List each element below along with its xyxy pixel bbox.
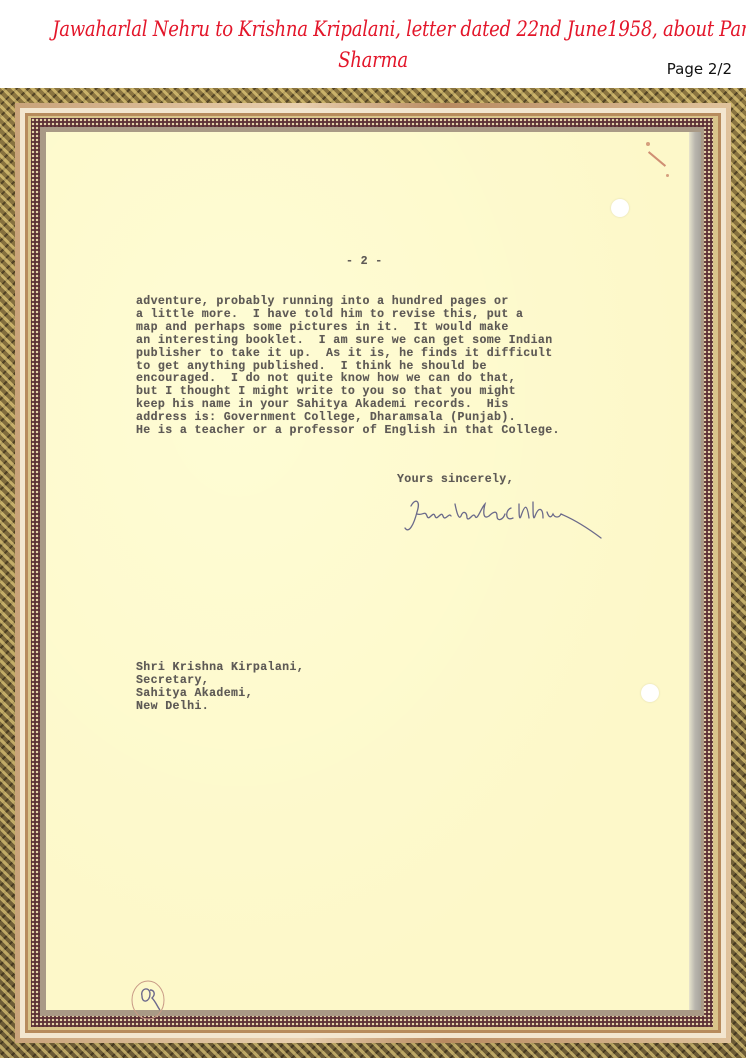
signature-handwritten <box>401 494 611 544</box>
letter-closing: Yours sincerely, <box>397 474 514 487</box>
body-line: to get anything published. I think he sh… <box>136 360 487 373</box>
page-header: Jawaharlal Nehru to Krishna Kripalani, l… <box>0 0 746 88</box>
paper-stain <box>646 142 650 146</box>
picture-frame: - 2 - adventure, probably running into a… <box>0 88 746 1058</box>
address-line: Secretary, <box>136 674 209 687</box>
body-line: He is a teacher or a professor of Englis… <box>136 424 560 437</box>
recipient-address: Shri Krishna Kirpalani, Secretary, Sahit… <box>136 662 304 714</box>
title-line-1: Jawaharlal Nehru to Krishna Kripalani, l… <box>52 14 694 45</box>
paper-stain <box>648 151 666 167</box>
body-line: encouraged. I do not quite know how we c… <box>136 372 516 385</box>
body-line: keep his name in your Sahitya Akademi re… <box>136 398 509 411</box>
body-line: map and perhaps some pictures in it. It … <box>136 321 509 334</box>
punch-hole <box>611 199 629 217</box>
paper-curl-shadow <box>689 132 701 1010</box>
body-line: publisher to take it up. As it is, he fi… <box>136 347 553 360</box>
body-line: an interesting booklet. I am sure we can… <box>136 334 553 347</box>
address-line: New Delhi. <box>136 700 209 713</box>
document-title: Jawaharlal Nehru to Krishna Kripalani, l… <box>52 14 694 76</box>
address-line: Shri Krishna Kirpalani, <box>136 661 304 674</box>
paper-stain <box>666 174 669 177</box>
page-indicator: Page 2/2 <box>667 60 732 78</box>
letter-body: adventure, probably running into a hundr… <box>136 296 560 438</box>
punch-hole <box>641 684 659 702</box>
letter-page-number: - 2 - <box>346 256 383 269</box>
letter-paper: - 2 - adventure, probably running into a… <box>46 132 689 1010</box>
title-line-2: Sharma <box>52 45 694 76</box>
body-line: a little more. I have told him to revise… <box>136 308 523 321</box>
circled-initial-mark <box>128 976 170 1022</box>
address-line: Sahitya Akademi, <box>136 687 253 700</box>
body-line: address is: Government College, Dharamsa… <box>136 411 516 424</box>
body-line: but I thought I might write to you so th… <box>136 385 516 398</box>
body-line: adventure, probably running into a hundr… <box>136 295 509 308</box>
